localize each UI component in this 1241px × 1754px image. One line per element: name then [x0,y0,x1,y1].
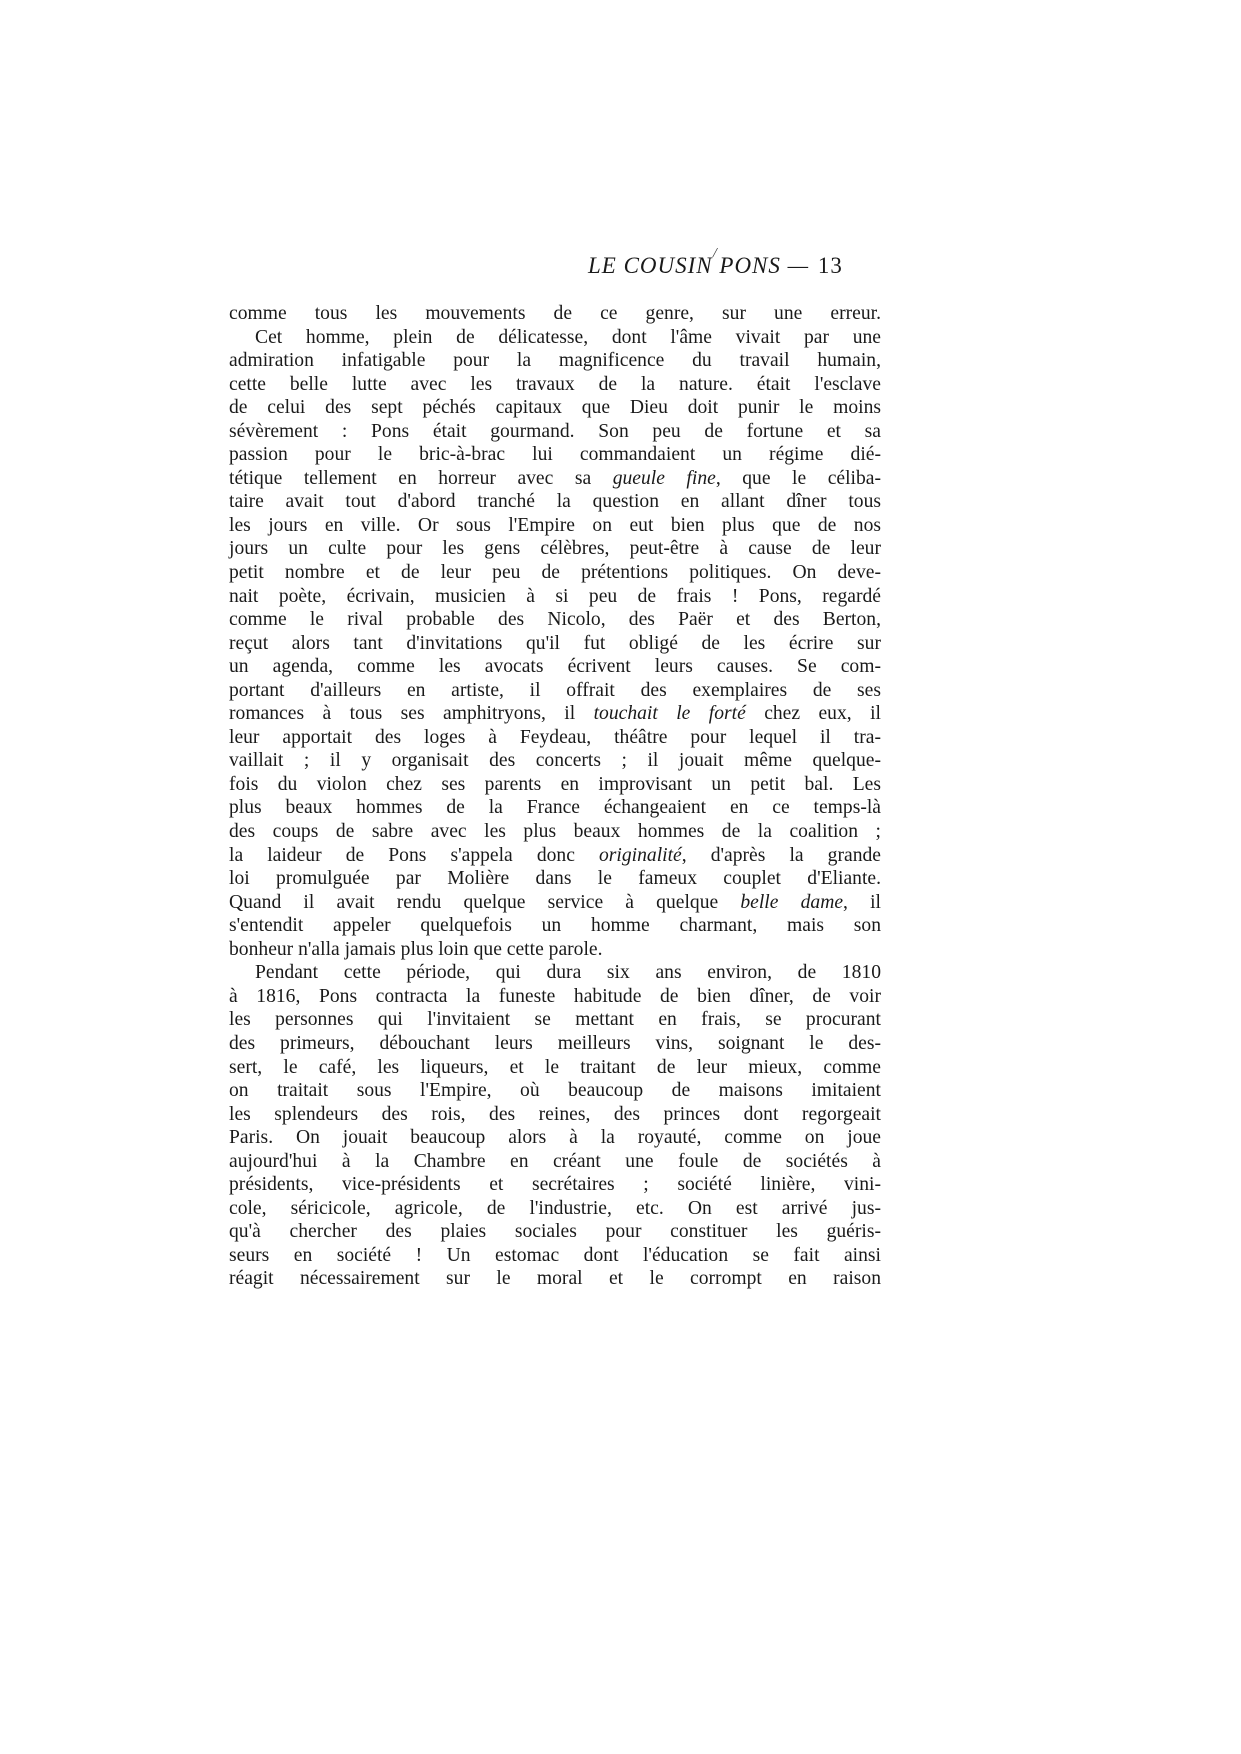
text-line: nait poète, écrivain, musicien à si peu … [229,585,881,609]
text-line: leur apportait des loges à Feydeau, théâ… [229,726,881,750]
text-line: tétique tellement en horreur avec sa gue… [229,467,881,491]
text-line: portant d'ailleurs en artiste, il offrai… [229,679,881,703]
text-span: , il [843,892,881,913]
text-span: , d'après la grande [682,845,881,866]
text-line: loi promulguée par Molière dans le fameu… [229,867,881,891]
book-title: LE COUSIN PONS [588,253,781,278]
text-line: on traitait sous l'Empire, où beaucoup d… [229,1079,881,1103]
text-line: des primeurs, débouchant leurs meilleurs… [229,1032,881,1056]
text-line: comme le rival probable des Nicolo, des … [229,608,881,632]
text-line: Paris. On jouait beaucoup alors à la roy… [229,1126,881,1150]
text-line: fois du violon chez ses parents en impro… [229,773,881,797]
header-separator: — [788,253,809,278]
text-line: jours un culte pour les gens célèbres, p… [229,537,881,561]
text-line: bonheur n'alla jamais plus loin que cett… [229,938,881,962]
text-span: Quand il avait rendu quelque service à q… [229,892,740,913]
text-line: romances à tous ses amphitryons, il touc… [229,702,881,726]
text-line: réagit nécessairement sur le moral et le… [229,1267,881,1291]
text-line: la laideur de Pons s'appela donc origina… [229,844,881,868]
text-line: seurs en société ! Un estomac dont l'édu… [229,1244,881,1268]
text-span: romances à tous ses amphitryons, il [229,703,594,724]
text-span: chez eux, il [746,703,881,724]
text-line: plus beaux hommes de la France échangeai… [229,796,881,820]
text-line: aujourd'hui à la Chambre en créant une f… [229,1150,881,1174]
text-line: cette belle lutte avec les travaux de la… [229,373,881,397]
italic-phrase: touchait le forté [594,703,746,724]
page-number: 13 [818,253,843,278]
text-line: les jours en ville. Or sous l'Empire on … [229,514,881,538]
text-line: Pendant cette période, qui dura six ans … [229,961,881,985]
text-span: , que le céliba- [716,468,881,489]
text-line: Quand il avait rendu quelque service à q… [229,891,881,915]
italic-phrase: originalité [599,845,682,866]
text-line: les splendeurs des rois, des reines, des… [229,1103,881,1127]
text-line: Cet homme, plein de délicatesse, dont l'… [229,326,881,350]
italic-phrase: gueule fine [613,468,716,489]
text-line: les personnes qui l'invitaient se mettan… [229,1008,881,1032]
text-line: de celui des sept péchés capitaux que Di… [229,396,881,420]
text-line: cole, séricicole, agricole, de l'industr… [229,1197,881,1221]
text-line: admiration infatigable pour la magnifice… [229,349,881,373]
text-span: la laideur de Pons s'appela donc [229,845,599,866]
text-line: présidents, vice-présidents et secrétair… [229,1173,881,1197]
text-line: sévèrement : Pons était gourmand. Son pe… [229,420,881,444]
text-line: vaillait ; il y organisait des concerts … [229,749,881,773]
text-line: un agenda, comme les avocats écrivent le… [229,655,881,679]
text-line: sert, le café, les liqueurs, et le trait… [229,1056,881,1080]
text-line: s'entendit appeler quelquefois un homme … [229,914,881,938]
text-line: petit nombre et de leur peu de prétentio… [229,561,881,585]
body-text: comme tous les mouvements de ce genre, s… [229,302,881,1291]
text-line: à 1816, Pons contracta la funeste habitu… [229,985,881,1009]
text-line: reçut alors tant d'invitations qu'il fut… [229,632,881,656]
text-line: passion pour le bric-à-brac lui commanda… [229,443,881,467]
text-line: comme tous les mouvements de ce genre, s… [229,302,881,326]
running-head: LE COUSIN PONS — 13 [588,253,888,279]
text-span: tétique tellement en horreur avec sa [229,468,613,489]
text-line: taire avait tout d'abord tranché la ques… [229,490,881,514]
text-line: qu'à chercher des plaies sociales pour c… [229,1220,881,1244]
text-line: des coups de sabre avec les plus beaux h… [229,820,881,844]
italic-phrase: belle dame [740,892,843,913]
